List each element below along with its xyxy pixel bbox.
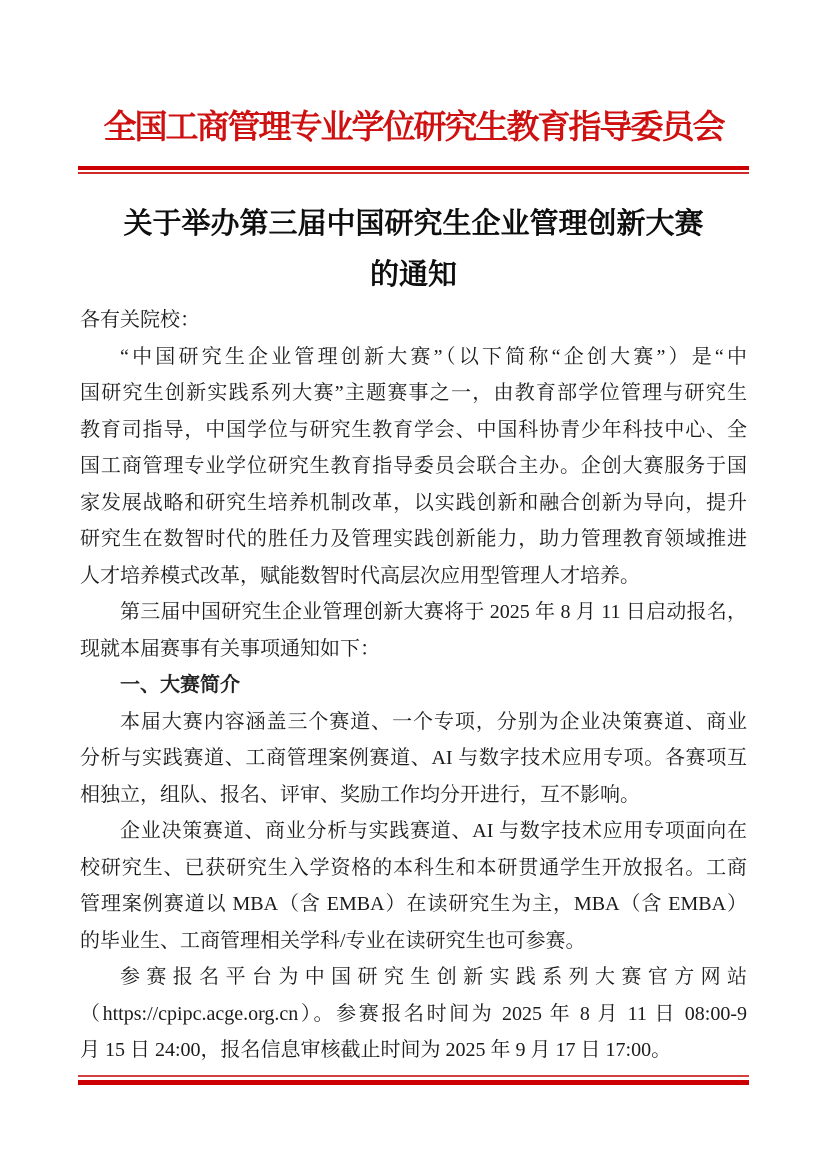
body-line: 月 15 日 24:00，报名信息审核截止时间为 2025 年 9 月 17 日… <box>80 1032 747 1069</box>
document-body: 各有关院校：“中国研究生企业管理创新大赛”（以下简称“企创大赛”）是“中国研究生… <box>80 302 747 1069</box>
document-title: 关于举办第三届中国研究生企业管理创新大赛 的通知 <box>0 199 827 301</box>
body-line: 国工商管理专业学位研究生教育指导委员会联合主办。企创大赛服务于国 <box>80 448 747 485</box>
body-line: 校研究生、已获研究生入学资格的本科生和本研贯通学生开放报名。工商 <box>80 850 747 887</box>
footer-rule-thin <box>78 1075 749 1077</box>
letterhead-org-name: 全国工商管理专业学位研究生教育指导委员会 <box>0 106 827 150</box>
body-line: 研究生在数智时代的胜任力及管理实践创新能力，助力管理教育领域推进 <box>80 521 747 558</box>
footer-rule-group <box>78 1075 749 1085</box>
body-line: 各有关院校： <box>80 302 747 339</box>
body-line: 本届大赛内容涵盖三个赛道、一个专项，分别为企业决策赛道、商业 <box>80 704 747 741</box>
body-line: 现就本届赛事有关事项通知如下： <box>80 631 747 668</box>
letterhead-rule-thin <box>78 172 749 174</box>
body-line: 人才培养模式改革，赋能数智时代高层次应用型管理人才培养。 <box>80 558 747 595</box>
body-line: 国研究生创新实践系列大赛”主题赛事之一，由教育部学位管理与研究生 <box>80 375 747 412</box>
body-line: “中国研究生企业管理创新大赛”（以下简称“企创大赛”）是“中 <box>80 339 747 376</box>
body-line: 参赛报名平台为中国研究生创新实践系列大赛官方网站 <box>80 959 747 996</box>
body-line: 第三届中国研究生企业管理创新大赛将于 2025 年 8 月 11 日启动报名， <box>80 594 747 631</box>
body-line: 分析与实践赛道、工商管理案例赛道、AI 与数字技术应用专项。各赛项互 <box>80 740 747 777</box>
document-title-line1: 关于举办第三届中国研究生企业管理创新大赛 <box>0 199 827 250</box>
body-line: （https://cpipc.acge.org.cn）。参赛报名时间为 2025… <box>80 996 747 1033</box>
section-heading: 一、大赛简介 <box>80 667 747 704</box>
body-line: 家发展战略和研究生培养机制改革，以实践创新和融合创新为导向，提升 <box>80 485 747 522</box>
body-line: 教育司指导，中国学位与研究生教育学会、中国科协青少年科技中心、全 <box>80 412 747 449</box>
letterhead-rule-group <box>78 166 749 174</box>
document-title-line2: 的通知 <box>0 250 827 301</box>
document-page: 全国工商管理专业学位研究生教育指导委员会 关于举办第三届中国研究生企业管理创新大… <box>0 0 827 1170</box>
body-line: 的毕业生、工商管理相关学科/专业在读研究生也可参赛。 <box>80 923 747 960</box>
body-line: 相独立，组队、报名、评审、奖励工作均分开进行，互不影响。 <box>80 777 747 814</box>
body-line: 企业决策赛道、商业分析与实践赛道、AI 与数字技术应用专项面向在 <box>80 813 747 850</box>
footer-rule-thick <box>78 1080 749 1085</box>
body-line: 管理案例赛道以 MBA（含 EMBA）在读研究生为主，MBA（含 EMBA） <box>80 886 747 923</box>
letterhead-rule-thick <box>78 166 749 170</box>
